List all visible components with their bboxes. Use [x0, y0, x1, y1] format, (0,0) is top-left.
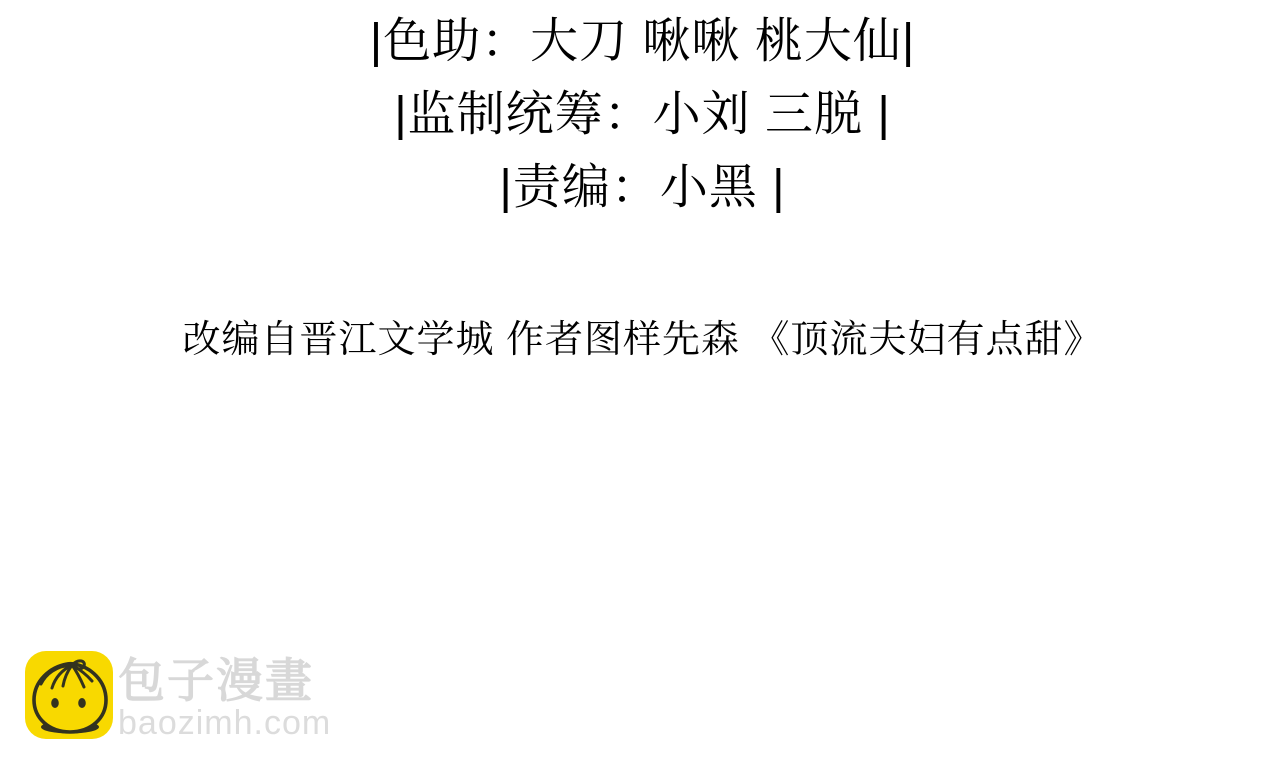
site-watermark: 包子漫畫 baozimh.com	[25, 651, 331, 741]
site-url-label: baozimh.com	[118, 705, 331, 741]
credit-line-responsible-editor: |责编：小黑 |	[5, 151, 1280, 224]
credit-line-color-assistant: |色助：大刀 啾啾 桃大仙|	[5, 5, 1280, 78]
adaptation-note: 改编自晋江文学城 作者图样先森 《顶流夫妇有点甜》	[5, 303, 1280, 377]
watermark-text: 包子漫畫 baozimh.com	[118, 651, 331, 741]
baozi-bun-icon	[25, 651, 113, 739]
credit-line-supervision-coordination: |监制统筹：小刘 三脱 |	[5, 78, 1280, 151]
credits-block: |色助：大刀 啾啾 桃大仙| |监制统筹：小刘 三脱 | |责编：小黑 | 改编…	[5, 5, 1280, 377]
site-name-label: 包子漫畫	[118, 657, 331, 704]
